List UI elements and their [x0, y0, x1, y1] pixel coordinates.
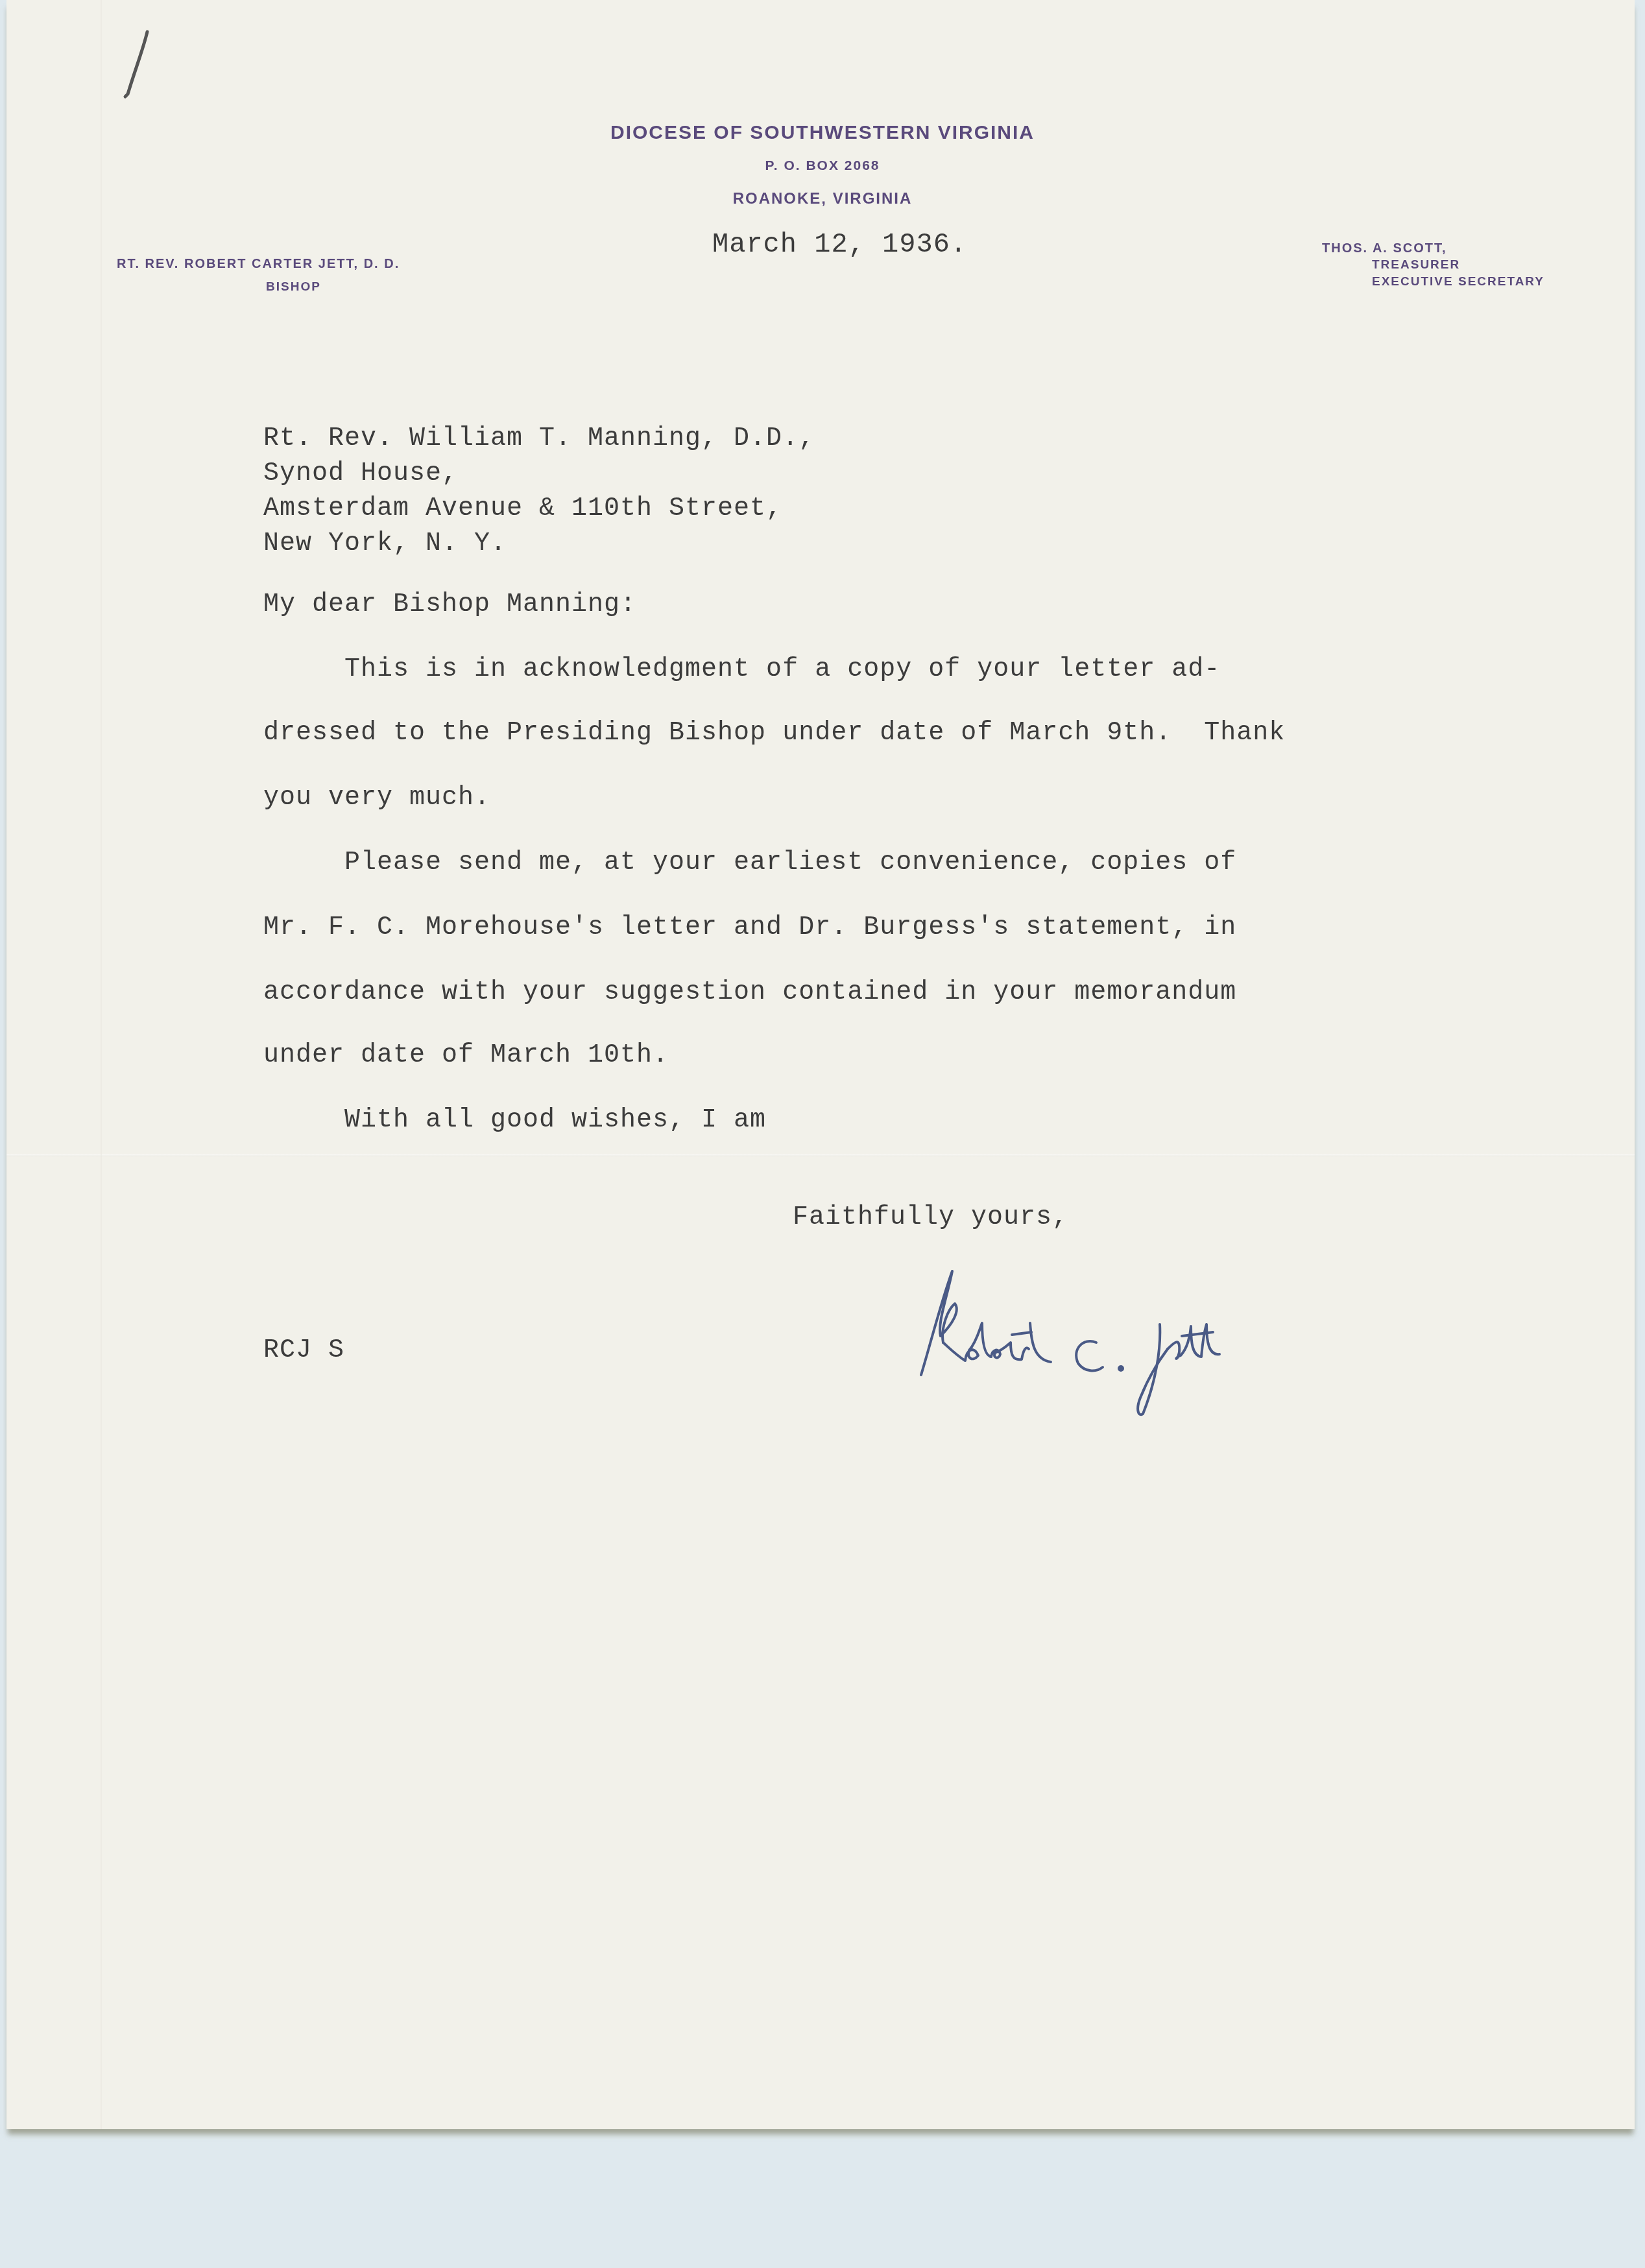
handwritten-signature — [902, 1252, 1265, 1420]
letter-date: March 12, 1936. — [712, 229, 967, 260]
letter-page — [6, 0, 1635, 2129]
letterhead-city: Roanoke, Virginia — [0, 190, 1645, 208]
check-mark-icon — [120, 29, 152, 101]
letterhead-bishop-name: Rt. Rev. Robert Carter Jett, D. D. — [117, 257, 400, 272]
paper-fold-vertical — [101, 0, 102, 2129]
recipient-line: Amsterdam Avenue & 110th Street, — [263, 492, 782, 527]
letterhead-secretary-title: Executive Secretary — [1372, 275, 1544, 289]
body-line: accordance with your suggestion containe… — [263, 978, 1236, 1007]
paper-fold-horizontal — [6, 1154, 1635, 1156]
letterhead-po-box: P. O. Box 2068 — [0, 158, 1645, 174]
body-line: Please send me, at your earliest conveni… — [263, 848, 1236, 877]
recipient-line: Synod House, — [263, 457, 458, 492]
letterhead-treasurer-name: Thos. A. Scott, — [1322, 241, 1447, 256]
salutation: My dear Bishop Manning: — [263, 590, 636, 619]
body-line: Mr. F. C. Morehouse's letter and Dr. Bur… — [263, 913, 1236, 942]
letterhead-organization: Diocese of Southwestern Virginia — [0, 122, 1645, 144]
body-line: you very much. — [263, 783, 490, 813]
body-line: under date of March 10th. — [263, 1041, 669, 1070]
body-line: With all good wishes, I am — [263, 1106, 766, 1135]
body-line: dressed to the Presiding Bishop under da… — [263, 719, 1285, 748]
recipient-line: New York, N. Y. — [263, 527, 507, 562]
letterhead-bishop-title: Bishop — [266, 280, 321, 294]
closing: Faithfully yours, — [793, 1203, 1068, 1232]
body-line: This is in acknowledgment of a copy of y… — [263, 655, 1220, 684]
typist-initials: RCJ S — [263, 1336, 344, 1365]
recipient-line: Rt. Rev. William T. Manning, D.D., — [263, 422, 815, 457]
letterhead-treasurer-title: Treasurer — [1372, 258, 1460, 272]
